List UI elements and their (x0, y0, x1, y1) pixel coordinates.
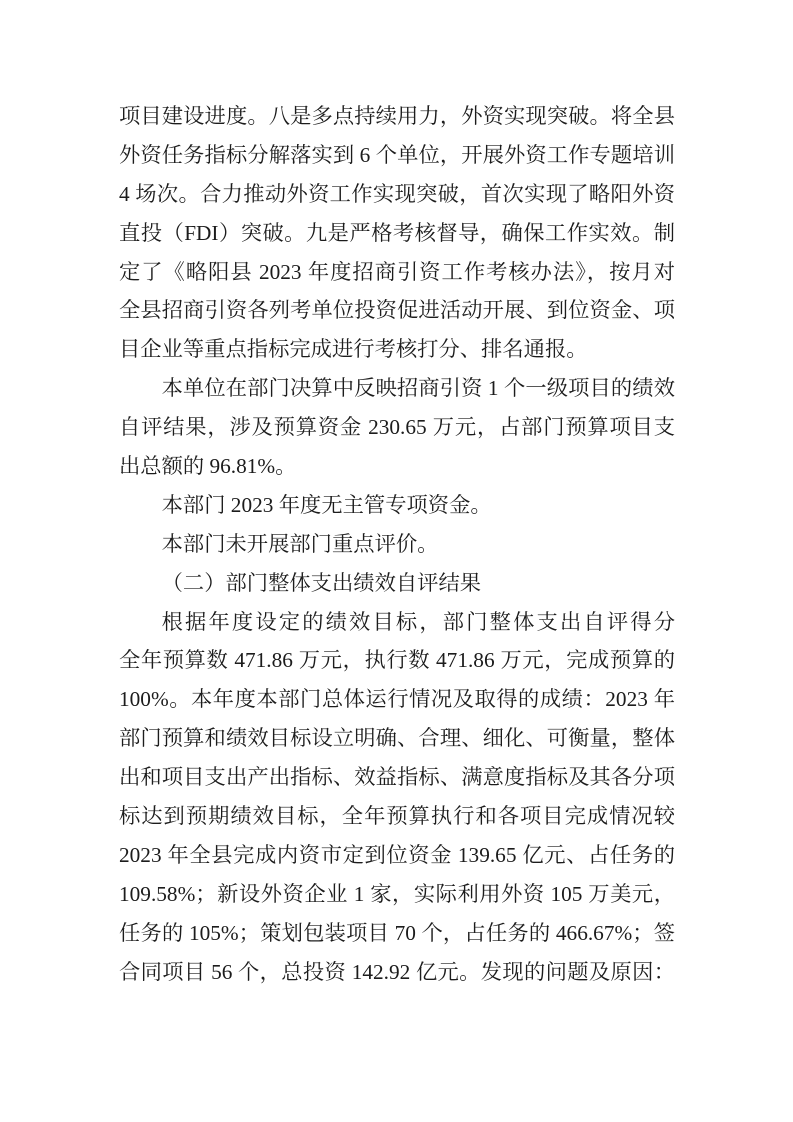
text-line: 全年预算数 471.86 万元，执行数 471.86 万元，完成预算的 (119, 641, 675, 680)
text-line: 100%。本年度本部门总体运行情况及取得的成绩：2023 年本 (119, 680, 675, 719)
text-line: 直投（FDI）突破。九是严格考核督导，确保工作实效。制 (119, 214, 675, 253)
text-line: 合同项目 56 个，总投资 142.92 亿元。发现的问题及原因：绩 (119, 953, 675, 992)
text-line: 任务的 105%；策划包装项目 70 个，占任务的 466.67%；签约 (119, 914, 675, 953)
text-line: 目企业等重点指标完成进行考核打分、排名通报。 (119, 330, 675, 369)
text-line: 2023 年全县完成内资市定到位资金 139.65 亿元、占任务的 (119, 836, 675, 875)
text-line: 标达到预期绩效目标，全年预算执行和各项目完成情况较好。 (119, 797, 675, 836)
text-line: （二）部门整体支出绩效自评结果 (119, 564, 675, 603)
text-line: 本单位在部门决算中反映招商引资 1 个一级项目的绩效 (119, 369, 675, 408)
text-line: 部门预算和绩效目标设立明确、合理、细化、可衡量，整体支 (119, 719, 675, 758)
text-line: 出总额的 96.81%。 (119, 447, 675, 486)
text-line: 根据年度设定的绩效目标，部门整体支出自评得分 95， (119, 603, 675, 642)
text-line: 定了《略阳县 2023 年度招商引资工作考核办法》，按月对 (119, 253, 675, 292)
text-line: 109.58%；新设外资企业 1 家，实际利用外资 105 万美元，占 (119, 875, 675, 914)
text-line: 本部门 2023 年度无主管专项资金。 (119, 486, 675, 525)
text-line: 全县招商引资各列考单位投资促进活动开展、到位资金、项 (119, 291, 675, 330)
text-line: 外资任务指标分解落实到 6 个单位，开展外资工作专题培训 (119, 136, 675, 175)
text-line: 4 场次。合力推动外资工作实现突破，首次实现了略阳外资 (119, 175, 675, 214)
document-text: 项目建设进度。八是多点持续用力，外资实现突破。将全县外资任务指标分解落实到 6 … (119, 97, 675, 991)
text-line: 出和项目支出产出指标、效益指标、满意度指标及其各分项指 (119, 758, 675, 797)
text-line: 本部门未开展部门重点评价。 (119, 525, 675, 564)
text-line: 自评结果，涉及预算资金 230.65 万元，占部门预算项目支 (119, 408, 675, 447)
document-page: 项目建设进度。八是多点持续用力，外资实现突破。将全县外资任务指标分解落实到 6 … (0, 0, 793, 1122)
text-line: 项目建设进度。八是多点持续用力，外资实现突破。将全县 (119, 97, 675, 136)
